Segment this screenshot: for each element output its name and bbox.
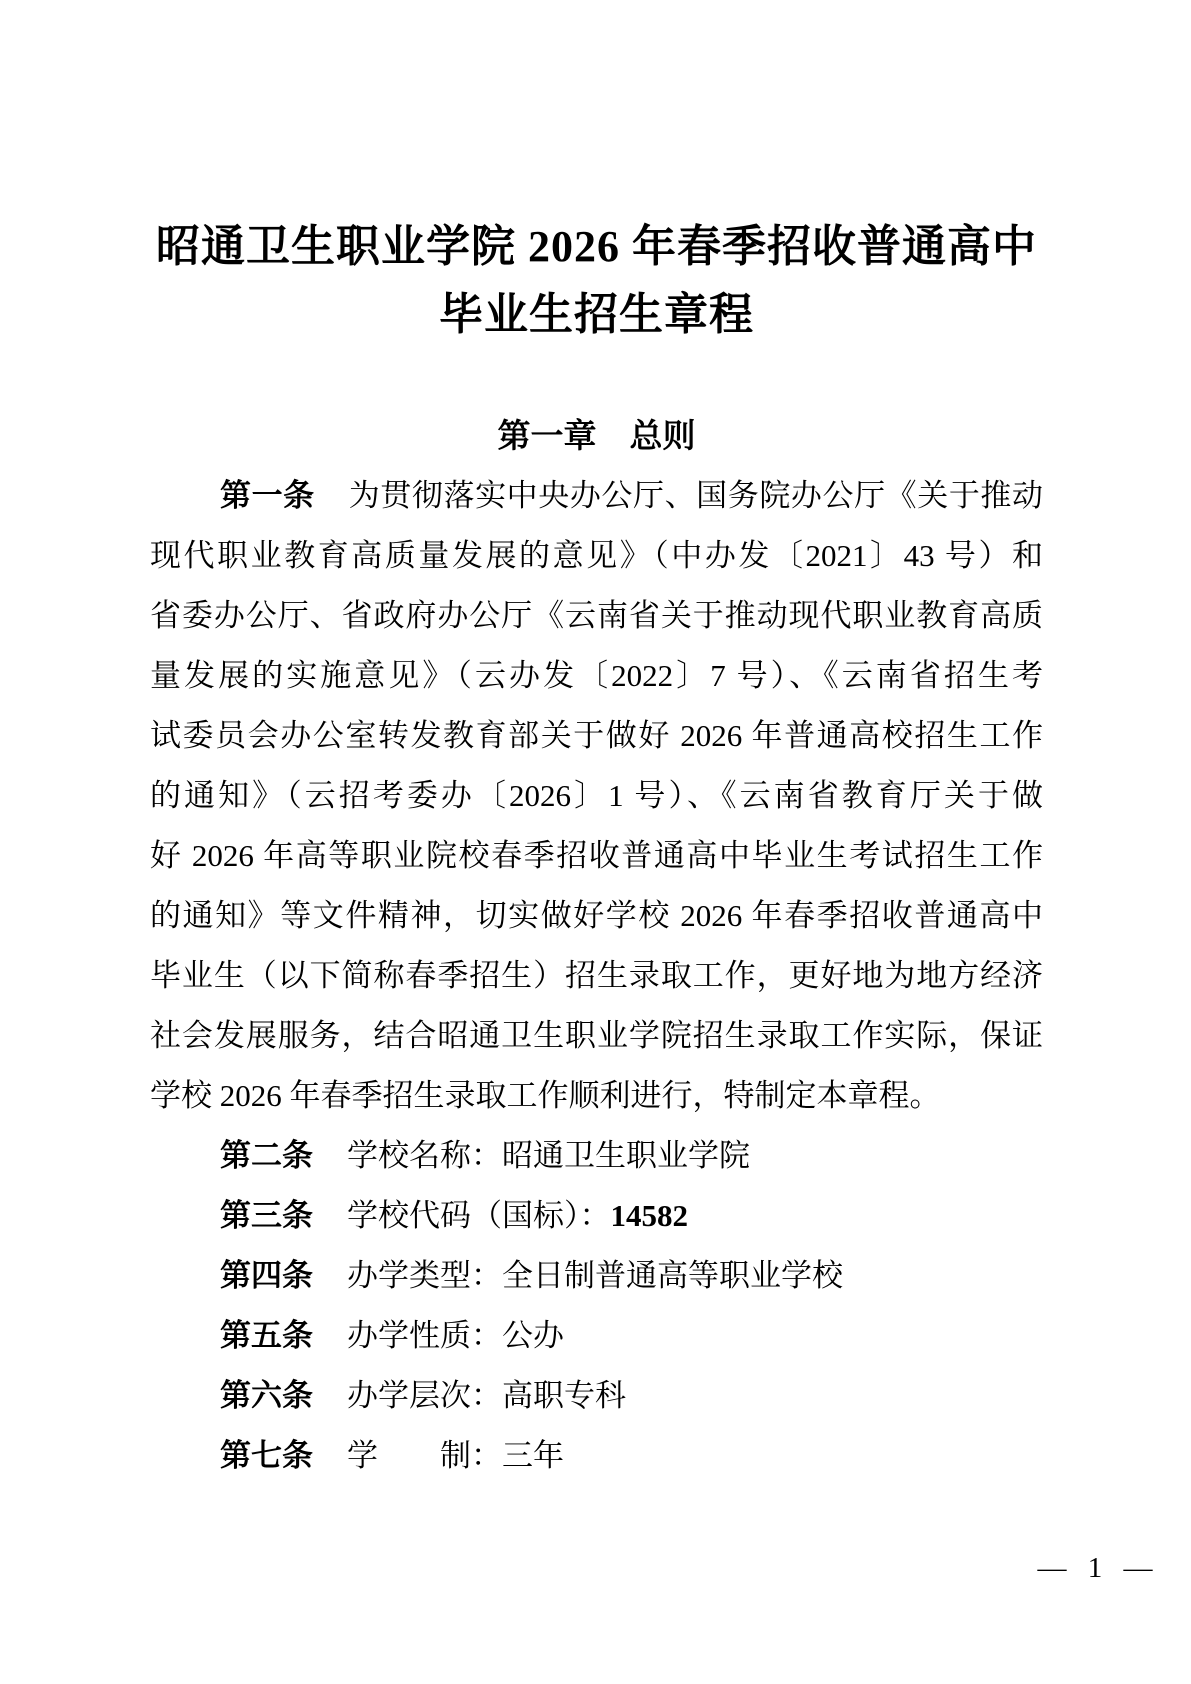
article-bold-value: 14582 [611, 1198, 689, 1233]
document-title-line-2: 毕业生招生章程 [150, 281, 1043, 349]
article-row: 第三条学校代码（国标）：14582 [150, 1186, 1043, 1246]
article-label: 第三条 [220, 1198, 313, 1233]
article-label: 第四条 [220, 1258, 313, 1293]
article-row: 第五条办学性质：公办 [150, 1306, 1043, 1366]
article-label: 第六条 [220, 1378, 313, 1413]
article-1-line: 第一条为贯彻落实中央办公厅、国务院办公厅《关于推动 [150, 466, 1043, 526]
document-title-line-1: 昭通卫生职业学院 2026 年春季招收普通高中 [150, 213, 1043, 281]
article-1-line: 社会发展服务，结合昭通卫生职业学院招生录取工作实际，保证 [150, 1006, 1043, 1066]
article-1-text: 为贯彻落实中央办公厅、国务院办公厅《关于推动 [349, 478, 1043, 513]
document-page: 昭通卫生职业学院 2026 年春季招收普通高中 毕业生招生章程 第一章 总则 第… [150, 0, 1043, 1684]
article-label: 第七条 [220, 1438, 313, 1473]
article-row: 第七条学 制：三年 [150, 1426, 1043, 1486]
article-1-line: 学校 2026 年春季招生录取工作顺利进行，特制定本章程。 [150, 1066, 1043, 1126]
article-text: 办学类型：全日制普通高等职业学校 [347, 1258, 843, 1293]
article-text: 办学层次：高职专科 [347, 1378, 626, 1413]
article-label: 第五条 [220, 1318, 313, 1353]
article-1-line: 量发展的实施意见》（云办发〔2022〕7 号）、《云南省招生考 [150, 646, 1043, 706]
article-text: 学校代码（国标）： [347, 1198, 611, 1233]
article-text: 学校名称：昭通卫生职业学院 [347, 1138, 750, 1173]
article-row: 第二条学校名称：昭通卫生职业学院 [150, 1126, 1043, 1186]
article-1-line: 好 2026 年高等职业院校春季招收普通高中毕业生考试招生工作 [150, 826, 1043, 886]
article-1-paragraph: 第一条为贯彻落实中央办公厅、国务院办公厅《关于推动现代职业教育高质量发展的意见》… [150, 466, 1043, 1126]
page-number: — 1 — [1010, 1546, 1180, 1590]
article-text: 学 制：三年 [347, 1438, 564, 1473]
article-1-line: 的通知》等文件精神，切实做好学校 2026 年春季招收普通高中 [150, 886, 1043, 946]
article-1-line: 试委员会办公室转发教育部关于做好 2026 年普通高校招生工作 [150, 706, 1043, 766]
article-1-label: 第一条 [220, 478, 315, 513]
article-1-line: 的通知》（云招考委办〔2026〕1 号）、《云南省教育厅关于做 [150, 766, 1043, 826]
chapter-heading: 第一章 总则 [150, 406, 1043, 466]
document-title: 昭通卫生职业学院 2026 年春季招收普通高中 毕业生招生章程 [150, 213, 1043, 349]
article-text: 办学性质：公办 [347, 1318, 564, 1353]
article-1-line: 省委办公厅、省政府办公厅《云南省关于推动现代职业教育高质 [150, 586, 1043, 646]
article-row: 第四条办学类型：全日制普通高等职业学校 [150, 1246, 1043, 1306]
articles-list: 第二条学校名称：昭通卫生职业学院第三条学校代码（国标）：14582第四条办学类型… [150, 1126, 1043, 1486]
article-row: 第六条办学层次：高职专科 [150, 1366, 1043, 1426]
article-label: 第二条 [220, 1138, 313, 1173]
article-1-line: 现代职业教育高质量发展的意见》（中办发〔2021〕43 号）和 [150, 526, 1043, 586]
article-1-line: 毕业生（以下简称春季招生）招生录取工作，更好地为地方经济 [150, 946, 1043, 1006]
